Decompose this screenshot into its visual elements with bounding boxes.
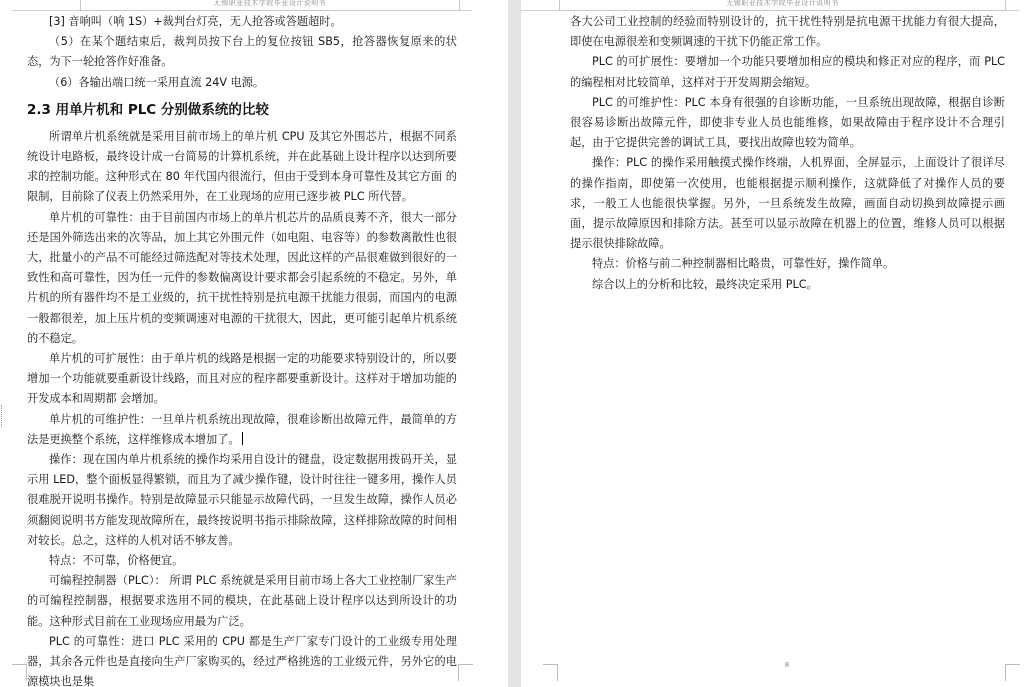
margin-corner-mark	[12, 664, 27, 681]
paragraph: 特点：价格与前二种控制器相比略贵，可靠性好，操作简单。	[570, 254, 1005, 274]
header-margin-rule	[458, 10, 472, 11]
document-page-7[interactable]: 无锡职业技术学院毕业设计说明书 [3] 音响叫（响 1S）+裁判台灯亮，无人抢答…	[0, 0, 508, 687]
paragraph-with-cursor[interactable]: 单片机的可维护性：一旦单片机系统出现故障，很难诊断出故障元件，最简单的方法是更换…	[27, 410, 457, 450]
paragraph: 特点：不可靠，价格便宜。	[27, 551, 457, 571]
paragraph: 各大公司工业控制的经验而特别设计的，抗干扰性特别是抗电源干扰能力有很大提高，即使…	[570, 12, 1005, 52]
paragraph: （6）各输出端口统一采用直流 24V 电源。	[27, 73, 457, 93]
page-header: 无锡职业技术学院毕业设计说明书	[559, 0, 1006, 11]
paragraph: PLC 的可扩展性：要增加一个功能只要增加相应的模块和修正对应的程序，而 PLC…	[570, 52, 1005, 92]
paragraph: 可编程控制器（PLC）： 所谓 PLC 系统就是采用目前市场上各大工业控制厂家生…	[27, 571, 457, 632]
margin-corner-mark	[458, 664, 473, 681]
section-heading: 2.3 用单片机和 PLC 分别做系统的比较	[27, 100, 457, 120]
header-margin-rule	[521, 10, 559, 11]
page-body[interactable]: 各大公司工业控制的经验而特别设计的，抗干扰性特别是抗电源干扰能力有很大提高，即使…	[570, 12, 1005, 295]
paragraph: PLC 的可维护性：PLC 本身有很强的自诊断功能，一旦系统出现故障，根据自诊断…	[570, 93, 1005, 154]
paragraph: 单片机的可扩展性：由于单片机的线路是根据一定的功能要求特别设计的，所以要增加一个…	[27, 349, 457, 410]
margin-corner-mark	[543, 664, 558, 681]
header-text: 无锡职业技术学院毕业设计说明书	[560, 0, 1005, 8]
page-number: 7	[232, 661, 252, 669]
paragraph: 操作：现在国内单片机系统的操作均采用自设计的键盘，设定数据用拨码开关，显示用 L…	[27, 450, 457, 551]
header-margin-rule	[12, 10, 80, 11]
text-cursor	[242, 432, 243, 445]
paragraph: 所谓单片机系统就是采用目前市场上的单片机 CPU 及其它外围芯片，根据不同系统设…	[27, 127, 457, 208]
page-number: 8	[777, 661, 797, 669]
header-text: 无锡职业技术学院毕业设计说明书	[81, 0, 459, 8]
paragraph: PLC 的可靠性：进口 PLC 采用的 CPU 都是生产厂家专门设计的工业级专用…	[27, 632, 457, 687]
paragraph: 综合以上的分析和比较，最终决定采用 PLC。	[570, 275, 1005, 295]
page-body[interactable]: [3] 音响叫（响 1S）+裁判台灯亮，无人抢答或答题超时。 （5）在某个题结束…	[27, 12, 457, 687]
margin-corner-mark	[1005, 664, 1020, 681]
paragraph: 单片机的可靠性：由于目前国内市场上的单片机芯片的品质良莠不齐，很大一部分还是国外…	[27, 208, 457, 349]
paragraph: （5）在某个题结束后，裁判员按下台上的复位按钮 SB5，抢答器恢复原来的状态，为…	[27, 32, 457, 72]
paragraph: 操作：PLC 的操作采用触摸式操作终端，人机界面，全屏显示，上面设计了很详尽的操…	[570, 153, 1005, 254]
paragraph: [3] 音响叫（响 1S）+裁判台灯亮，无人抢答或答题超时。	[27, 12, 457, 32]
line-change-marker	[1, 405, 3, 427]
page-header: 无锡职业技术学院毕业设计说明书	[80, 0, 460, 11]
header-margin-rule	[1005, 10, 1019, 11]
document-page-8[interactable]: 无锡职业技术学院毕业设计说明书 各大公司工业控制的经验而特别设计的，抗干扰性特别…	[521, 0, 1024, 687]
